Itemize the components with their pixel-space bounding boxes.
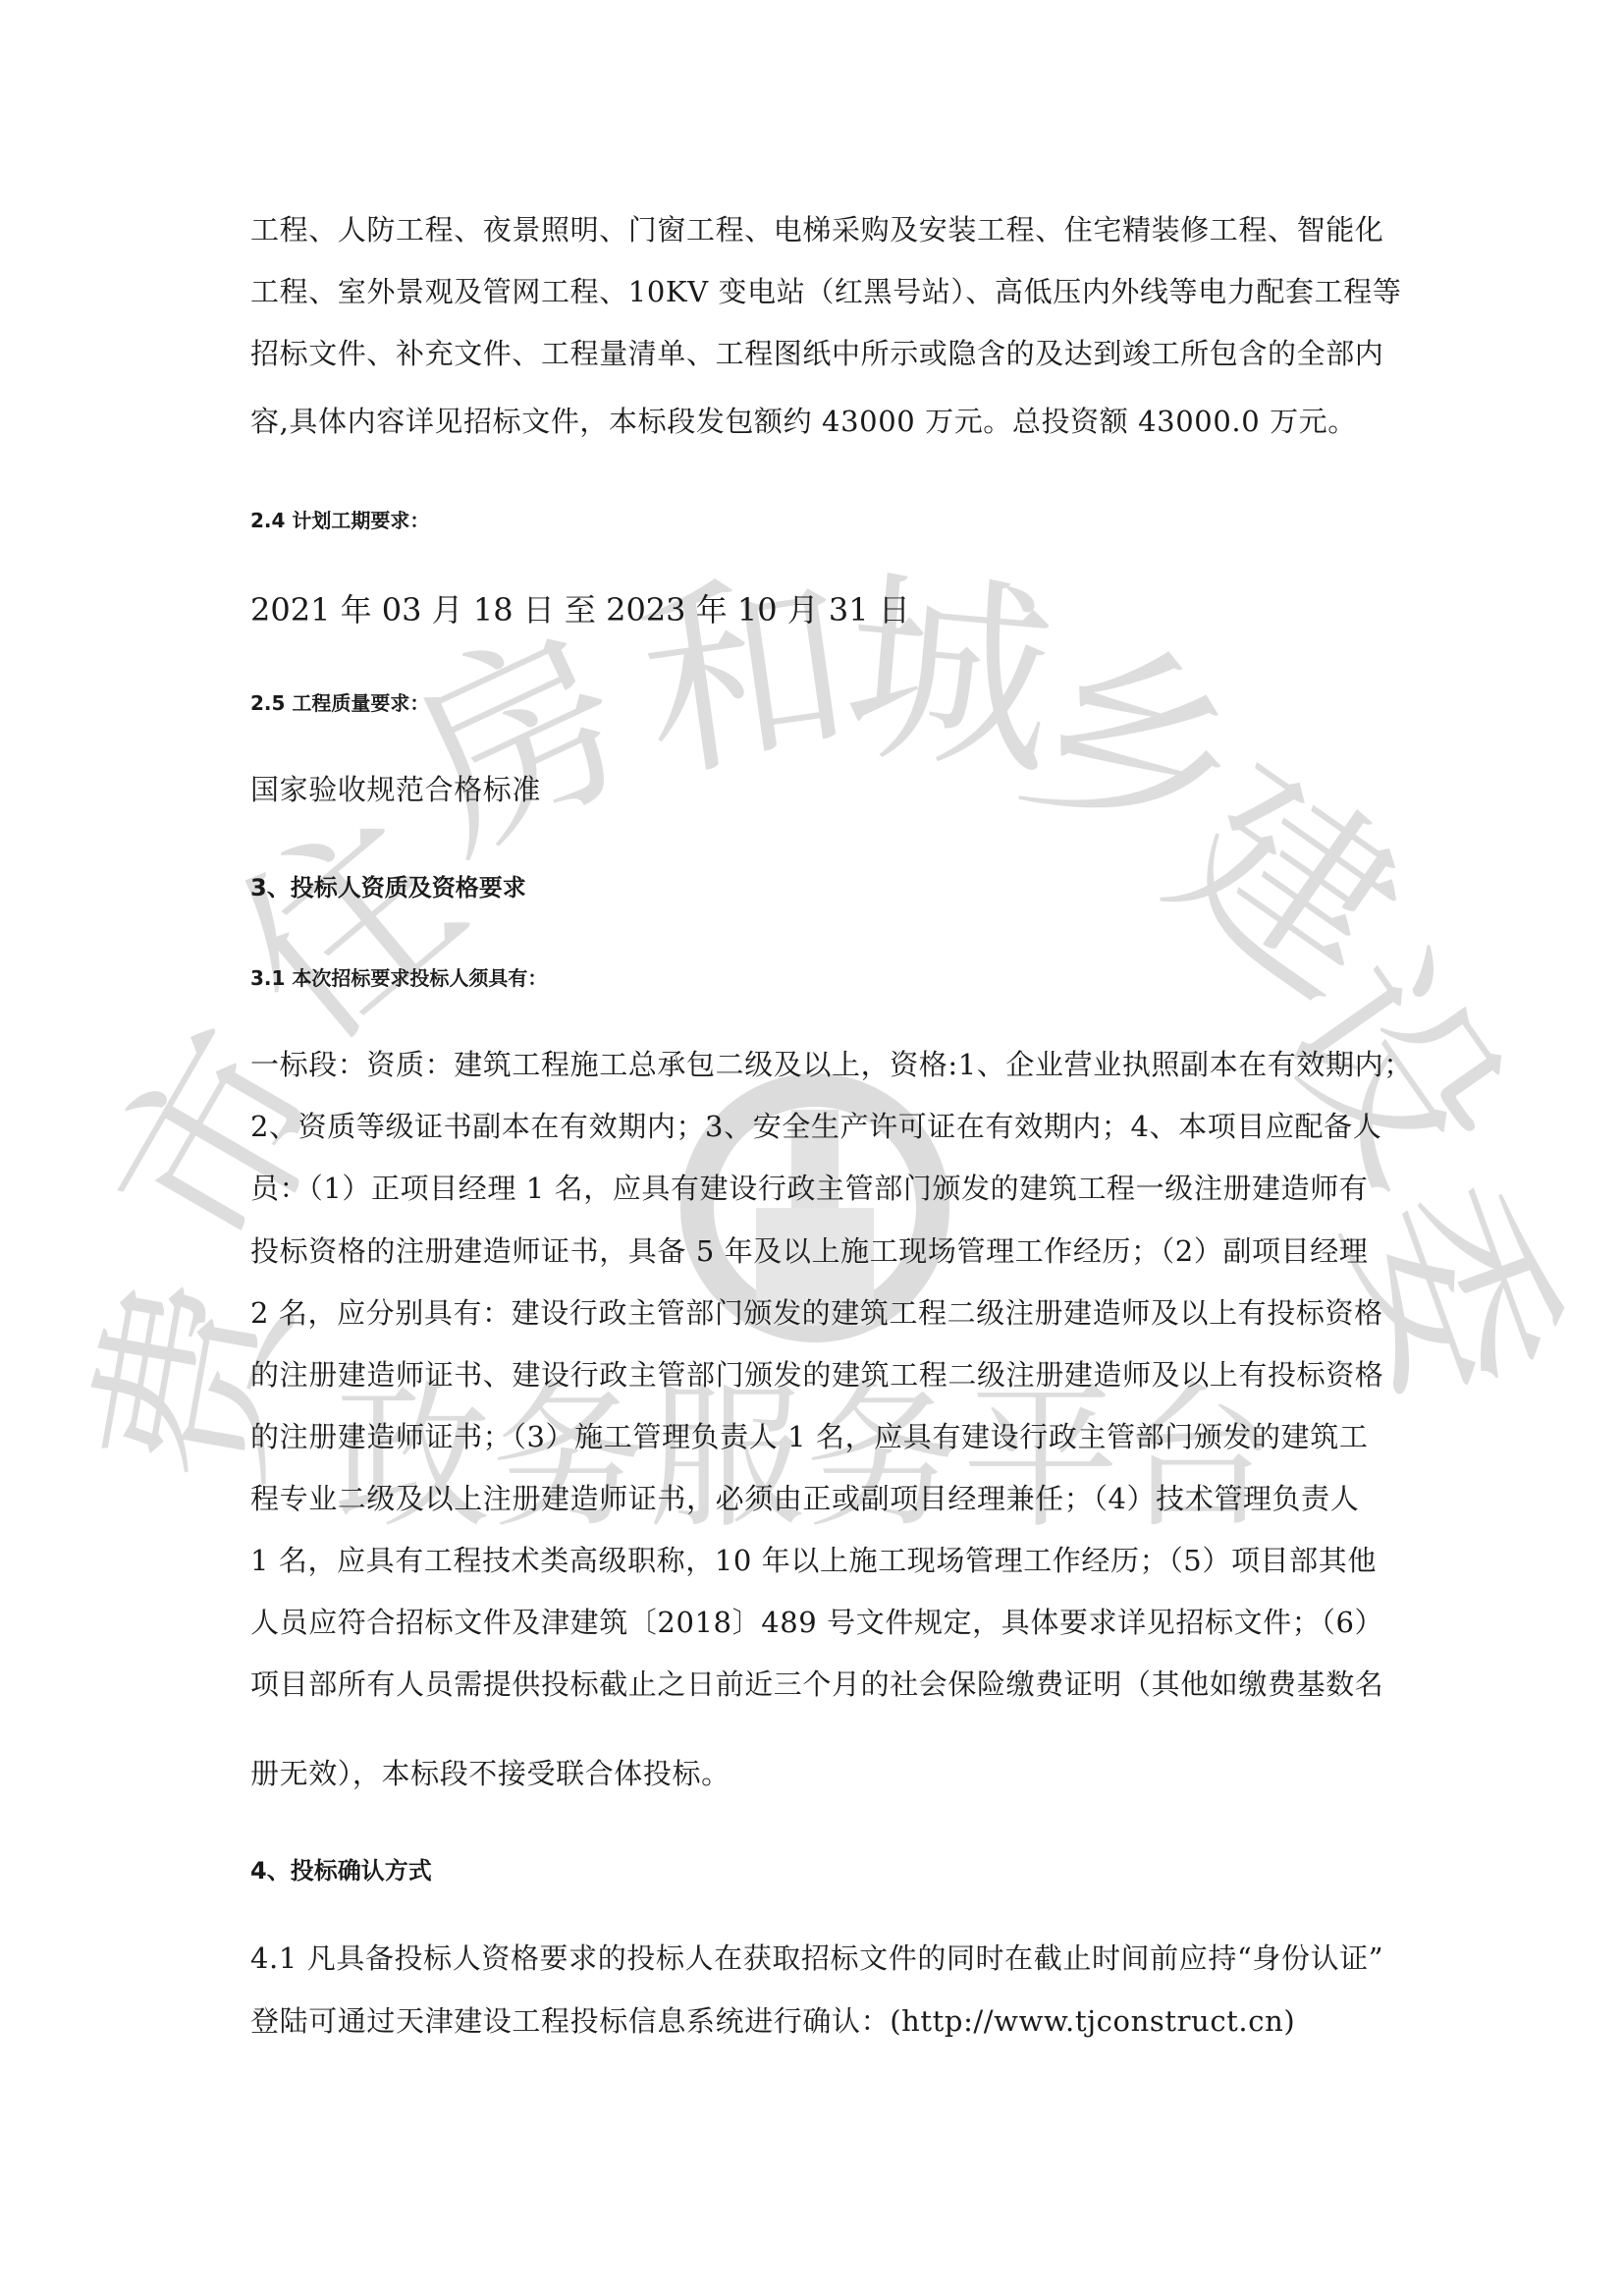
paragraph-line: 1 名，应具有工程技术类高级职称，10 年以上施工现场管理工作经历；（5）项目部… (250, 1539, 1377, 1579)
svg-text:政务服务平台: 政务服务平台 (334, 1366, 1276, 1550)
paragraph-line: 投标资格的注册建造师证书，具备 5 年及以上施工现场管理工作经历；（2）副项目经… (250, 1230, 1368, 1270)
svg-text:住: 住 (190, 769, 503, 1086)
svg-text:房: 房 (375, 588, 664, 894)
section-heading-4: 4、投标确认方式 (250, 1851, 432, 1886)
svg-text:乡: 乡 (996, 600, 1271, 897)
paragraph-line: 2、资质等级证书副本在有效期内；3、安全生产许可证在有效期内；4、本项目应配备人 (250, 1105, 1381, 1145)
paragraph-line: 人员应符合招标文件及津建筑〔2018〕489 号文件规定，具体要求详见招标文件；… (250, 1601, 1383, 1641)
paragraph-line: 册无效），本标段不接受联合体投标。 (250, 1752, 730, 1792)
paragraph-line: 招标文件、补充文件、工程量清单、工程图纸中所示或隐含的及达到竣工所包含的全部内 (250, 332, 1383, 372)
paragraph-line: 容,具体内容详见招标文件，本标段发包额约 43000 万元。总投资额 43000… (250, 400, 1357, 440)
section-heading-3-1: 3.1 本次招标要求投标人须具有： (250, 962, 547, 991)
paragraph-line: 4.1 凡具备投标人资格要求的投标人在获取招标文件的同时在截止时间前应持“身份认… (250, 1937, 1383, 1977)
construction-period-value: 2021 年 03 月 18 日 至 2023 年 10 月 31 日 (250, 585, 910, 630)
section-heading-2-5: 2.5 工程质量要求： (250, 687, 429, 716)
paragraph-line: 一标段：资质：建筑工程施工总承包二级及以上，资格:1、企业营业执照副本在有效期内… (250, 1043, 1413, 1083)
paragraph-line: 工程、人防工程、夜景照明、门窗工程、电梯采购及安装工程、住宅精装修工程、智能化 (250, 208, 1383, 248)
svg-text:建: 建 (1134, 727, 1441, 1042)
svg-text:和: 和 (627, 542, 865, 809)
quality-requirement-value: 国家验收规范合格标准 (250, 768, 541, 808)
paragraph-line: 程专业二级及以上注册建造师证书，必须由正或副项目经理兼任；（4）技术管理负责人 (250, 1477, 1359, 1517)
paragraph-line: 的注册建造师证书、建设行政主管部门颁发的建筑工程二级注册建造师及以上有投标资格 (250, 1353, 1383, 1394)
paragraph-line: 项目部所有人员需提供投标截止之日前近三个月的社会保险缴费证明（其他如缴费基数名 (250, 1663, 1383, 1703)
section-heading-3: 3、投标人资质及资格要求 (250, 868, 526, 902)
paragraph-line: 工程、室外景观及管网工程、10KV 变电站（红黑号站）、高低压内外线等电力配套工… (250, 270, 1401, 310)
paragraph-line: 的注册建造师证书；（3）施工管理负责人 1 名，应具有建设行政主管部门颁发的建筑… (250, 1415, 1368, 1455)
paragraph-line-with-link: 登陆可通过天津建设工程投标信息系统进行确认：(http://www.tjcons… (250, 1999, 1295, 2040)
paragraph-line: 员：（1）正项目经理 1 名，应具有建设行政主管部门颁发的建筑工程一级注册建造师… (250, 1167, 1368, 1207)
section-heading-2-4: 2.4 计划工期要求： (250, 505, 429, 533)
paragraph-line: 2 名，应分别具有：建设行政主管部门颁发的建筑工程二级注册建造师及以上有投标资格 (250, 1291, 1383, 1332)
